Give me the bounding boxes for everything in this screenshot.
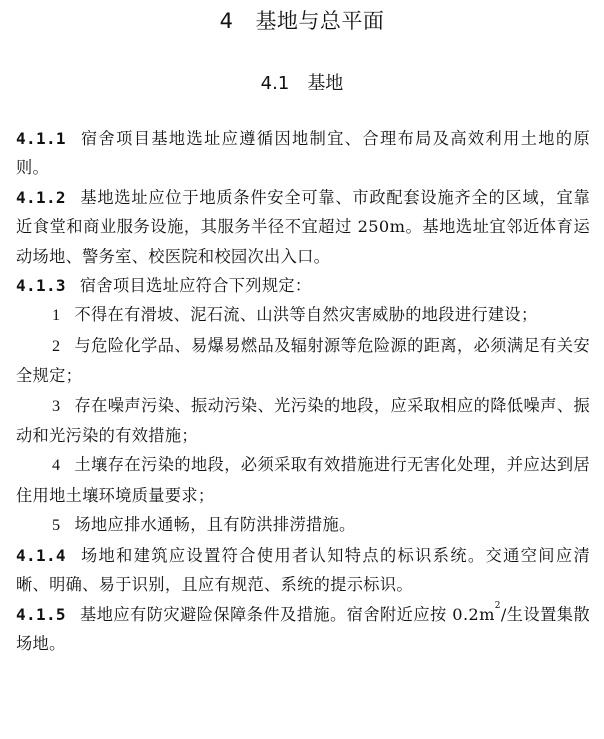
clause-4-1-3: 4.1.3宿舍项目选址应符合下列规定： [16,271,590,300]
item-text: 与危险化学品、易爆易燃品及辐射源等危险源的距离，必须满足有关安全规定； [16,336,590,385]
clause-text: 基地选址应位于地质条件安全可靠、市政配套设施齐全的区域，宜靠近食堂和商业服务设施… [16,188,590,266]
clause-number: 4.1.4 [16,546,66,565]
chapter-title: 基地与总平面 [255,9,384,33]
clause-4-1-2: 4.1.2基地选址应位于地质条件安全可靠、市政配套设施齐全的区域，宜靠近食堂和商… [16,183,590,271]
clause-4-1-1: 4.1.1宿舍项目基地选址应遵循因地制宜、合理布局及高效利用土地的原则。 [16,124,590,183]
item-text: 不得在有滑坡、泥石流、山洪等自然灾害威胁的地段进行建设； [74,305,537,324]
clause-number: 4.1.2 [16,188,66,207]
section-heading: 4.1基地 [0,72,604,96]
item-number: 1 [52,306,60,324]
clause-number: 4.1.3 [16,276,66,295]
superscript: 2 [495,601,501,611]
list-item: 4土壤存在污染的地段，必须采取有效措施进行无害化处理，并应达到居住用地土壤环境质… [16,450,590,510]
section-title: 基地 [307,73,343,94]
item-text: 场地应排水通畅，且有防洪排涝措施。 [74,515,355,534]
section-number: 4.1 [261,73,290,94]
item-text: 存在噪声污染、振动污染、光污染的地段，应采取相应的降低噪声、振动和光污染的有效措… [16,396,590,445]
clause-text-before: 基地应有防灾避险保障条件及措施。宿舍附近应按 0.2m [80,605,495,624]
chapter-number: 4 [220,9,234,33]
item-number: 5 [52,516,60,534]
item-text: 土壤存在污染的地段，必须采取有效措施进行无害化处理，并应达到居住用地土壤环境质量… [16,455,590,504]
clause-number: 4.1.5 [16,605,66,624]
clause-4-1-4: 4.1.4场地和建筑应设置符合使用者认知特点的标识系统。交通空间应清晰、明确、易… [16,541,590,600]
document-body: 4.1.1宿舍项目基地选址应遵循因地制宜、合理布局及高效利用土地的原则。 4.1… [16,124,590,658]
list-item: 2与危险化学品、易爆易燃品及辐射源等危险源的距离，必须满足有关安全规定； [16,331,590,391]
clause-text: 宿舍项目基地选址应遵循因地制宜、合理布局及高效利用土地的原则。 [16,129,590,177]
item-number: 3 [52,397,60,415]
clause-number: 4.1.1 [16,129,66,148]
chapter-heading: 4基地与总平面 [0,8,604,34]
clause-4-1-5: 4.1.5基地应有防灾避险保障条件及措施。宿舍附近应按 0.2m2/生设置集散场… [16,600,590,659]
list-item: 1不得在有滑坡、泥石流、山洪等自然灾害威胁的地段进行建设； [16,300,590,330]
item-number: 4 [52,456,60,474]
clause-text: 宿舍项目选址应符合下列规定： [80,276,312,295]
list-item: 3存在噪声污染、振动污染、光污染的地段，应采取相应的降低噪声、振动和光污染的有效… [16,391,590,451]
list-item: 5场地应排水通畅，且有防洪排涝措施。 [16,510,590,540]
clause-text: 场地和建筑应设置符合使用者认知特点的标识系统。交通空间应清晰、明确、易于识别，且… [16,546,590,594]
item-number: 2 [52,337,60,355]
